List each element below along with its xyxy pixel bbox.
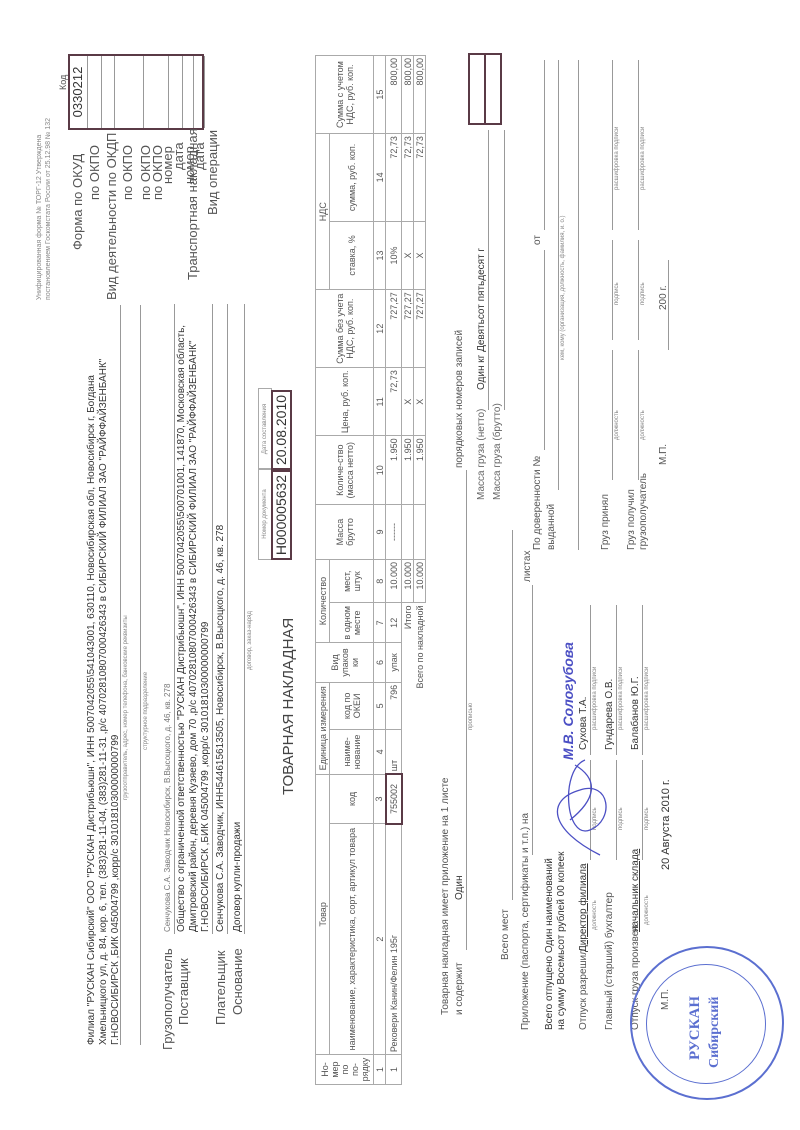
signed-date: 20 Августа 2010 г. — [660, 779, 672, 870]
column-number: 10 — [374, 436, 386, 505]
consignee-value: Сенчукова С.А. Заводчик Новосибирск, В.В… — [163, 684, 172, 932]
net-mass-value: Один кг Девятьсот пятьдесят г — [476, 248, 487, 390]
contains-label: и содержит — [454, 962, 465, 1015]
gross-mass-box — [484, 53, 502, 125]
shipped-name: Балабанов Ю.Г. — [630, 676, 641, 750]
sender-line2: Хмельницкого ул, д. 84, кор. 6, тел. (38… — [98, 359, 109, 1045]
th-vat: НДС — [316, 134, 330, 290]
consignee-label: Грузополучатель — [160, 948, 175, 1050]
basis-caption: договор, заказ-наряд — [247, 611, 253, 670]
okud-label: Форма по ОКУД — [70, 154, 85, 250]
th-vat-rate: ставка, % — [330, 221, 374, 289]
column-number: 9 — [374, 505, 386, 560]
column-numbers: 123456789101112131415 — [374, 56, 386, 1085]
sender-caption: грузоотправитель, адрес, номер телефона,… — [123, 615, 129, 800]
column-number: 6 — [374, 643, 386, 683]
accountant-name: Гундарева О.В. — [604, 679, 615, 750]
okpo-label-1: по ОКПО — [87, 145, 102, 200]
consignee2-label: грузополучатель — [638, 473, 649, 550]
okdp-label: Вид деятельности по ОКДП — [104, 133, 119, 300]
payer-label: Плательщик — [213, 951, 228, 1025]
net-mass-label: Масса груза (нетто) — [476, 409, 487, 500]
th-price: Цена, руб. коп. — [316, 368, 374, 436]
sender-line1: Филиал "РУСКАН Сибирский" ООО "РУСКАН Ди… — [86, 375, 97, 1045]
received-label: Груз получил — [626, 489, 637, 550]
release-label: Отпуск разрешил — [578, 949, 589, 1030]
th-unit-name: наиме-нование — [330, 730, 374, 775]
column-number: 11 — [374, 368, 386, 436]
form-header-line1: Унифицированная форма № ТОРГ-12 Утвержде… — [36, 135, 43, 300]
column-number: 4 — [374, 730, 386, 775]
th-num: Но-мер по по-рядку — [316, 1055, 374, 1085]
basis-label: Основание — [230, 948, 245, 1015]
transport-label: Транспортная накладная — [185, 128, 200, 280]
basis-value: Договор купли-продажи — [232, 822, 243, 932]
column-number: 7 — [374, 603, 386, 643]
company-stamp: РУСКАН Сибирский — [630, 946, 784, 1100]
column-number: 15 — [374, 56, 386, 134]
accepted-label: Груз принял — [600, 494, 611, 550]
handwritten-name: М.В. Сологубова — [560, 642, 576, 760]
attach-label: Приложение (паспорта, сертификаты и т.п.… — [520, 813, 531, 1030]
column-number: 13 — [374, 221, 386, 289]
doc-number: Н000005632 — [271, 470, 292, 560]
form-header-line2: постановлением Госкомстата России от 25.… — [45, 118, 52, 300]
sheets-label: листах — [522, 551, 533, 582]
mp-right: М.П. — [658, 444, 669, 465]
subdivision-caption: структурное подразделение — [143, 672, 149, 750]
supplier-label: Поставщик — [176, 958, 191, 1025]
table-row: 1 Рековери Канин/Фелин 195г 755002 шт 79… — [386, 56, 402, 1085]
th-sum-vat: Сумма с учетом НДС, руб. коп. — [316, 56, 374, 134]
release-name: Сухова Т.А. — [578, 697, 589, 750]
okud-value: 0330212 — [70, 56, 88, 128]
th-unit: Единица измерения — [316, 682, 330, 774]
issued-label: выданной — [546, 504, 557, 550]
release-position: Директор филиала — [578, 863, 589, 952]
appendix-text: Товарная накладная имеет приложение на 1… — [440, 778, 451, 1016]
shipped-position: начальник склада — [630, 849, 641, 932]
supplier-line2: Дмитровский район, деревня Кузяево, дом … — [188, 340, 199, 932]
total-released-line1: Всего отпущено Один наименований — [544, 858, 555, 1030]
payer-value: Сенчукова С.А. Заводчик, ИНН544615613505… — [215, 525, 226, 932]
column-number: 14 — [374, 134, 386, 222]
column-number: 1 — [374, 1055, 386, 1085]
th-code: код — [330, 774, 374, 823]
signature-scribble — [540, 750, 620, 860]
doc-title: ТОВАРНАЯ НАКЛАДНАЯ — [280, 618, 297, 795]
accountant-label: Главный (старший) бухгалтер — [604, 892, 615, 1030]
okpo-label-2: по ОКПО — [120, 145, 135, 200]
contains-value: Один — [454, 875, 465, 900]
th-goods: Товар — [316, 774, 330, 1054]
column-number: 2 — [374, 824, 386, 1055]
places-label: Всего мест — [500, 909, 511, 960]
total-released-line2: на сумму Восемьсот рублей 00 копеек — [556, 851, 567, 1030]
doc-date: 20.08.2010 — [271, 390, 292, 470]
torg12-form: Унифицированная форма № ТОРГ-12 Утвержде… — [0, 0, 800, 1130]
column-number: 5 — [374, 682, 386, 729]
item-code: 755002 — [386, 774, 402, 823]
th-okei: код по ОКЕИ — [330, 682, 374, 729]
supplier-line3: Г.НОВОСИБИРСК ,БИК 045004799 ,корр/с 301… — [200, 622, 211, 932]
th-places: мест, штук — [330, 560, 374, 604]
supplier-line1: Общество с ограниченной ответственностью… — [176, 325, 187, 932]
th-sum-no-vat: Сумма без учета НДС, руб. коп. — [316, 290, 374, 368]
total-row: Всего по накладной 10.000 1.950 X 727,27… — [414, 56, 426, 1085]
gross-mass-label: Масса груза (брутто) — [492, 403, 503, 500]
column-number: 3 — [374, 774, 386, 823]
records-label: порядковых номеров записей — [454, 330, 465, 468]
th-in-one: в одном месте — [330, 603, 374, 643]
code-label: Код — [58, 75, 68, 90]
th-gross: Масса брутто — [316, 505, 374, 560]
th-qty: Количество — [316, 560, 330, 643]
th-goods-name: наименование, характеристика, сорт, арти… — [330, 824, 374, 1055]
proxy-label: По доверенности № — [532, 456, 543, 550]
th-vat-sum: сумма, руб. коп. — [330, 134, 374, 222]
column-number: 12 — [374, 290, 386, 368]
column-number: 8 — [374, 560, 386, 604]
doc-date-label: Дата составления — [258, 388, 272, 470]
th-pack: Вид упаков ки — [316, 643, 374, 683]
goods-table: Но-мер по по-рядку Товар Единица измерен… — [315, 55, 426, 1085]
doc-number-label: Номер документа — [258, 468, 272, 560]
th-net: Количе-ство (масса нетто) — [316, 436, 374, 505]
itogo-row: Итого 10.000 1.950 X 727,27 X 72,73 800,… — [402, 56, 414, 1085]
item-name: Рековери Канин/Фелин 195г — [386, 824, 402, 1055]
code-box: 0330212 — [68, 54, 204, 130]
operation-label: Вид операции — [205, 130, 220, 215]
